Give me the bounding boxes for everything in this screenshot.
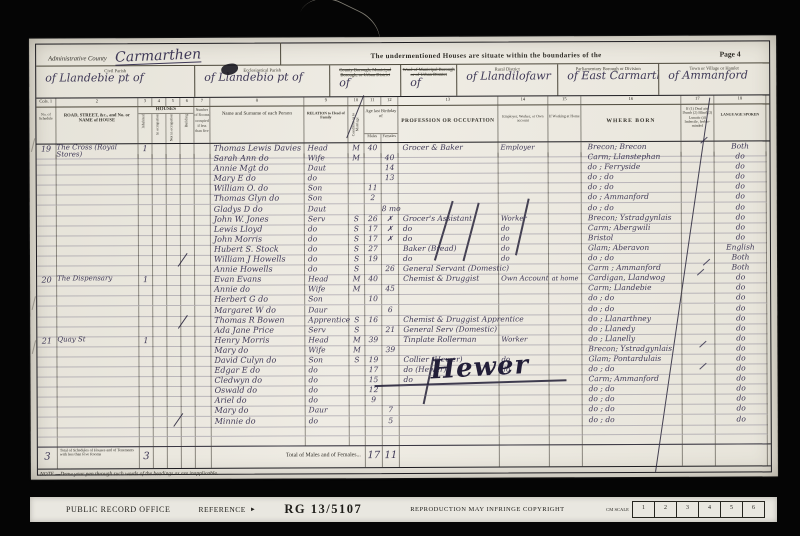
district-value: of: [330, 77, 400, 88]
column-headers-row: No. of Schedule ROAD, STREET, &c., and N…: [36, 104, 769, 144]
cell-rooms: [196, 437, 212, 447]
copyright-label: REPRODUCTION MAY INFRINGE COPYRIGHT: [410, 506, 564, 513]
column-number: Cols. 1: [36, 99, 56, 107]
census-form-border: Administrative County Carmarthen The und…: [35, 40, 772, 475]
scale-boxes: 123456: [632, 501, 765, 518]
column-number: 18: [714, 95, 766, 103]
cell-lang: [716, 424, 768, 434]
admin-county-value: Carmarthen: [115, 47, 202, 65]
district-value: of Llandebio pt of: [195, 72, 329, 84]
cell-name: [212, 436, 306, 447]
cell-bld: [182, 427, 196, 437]
reference-arrow-icon: ►: [250, 507, 256, 513]
column-header-employer: Employer, Worker, or Own account: [498, 105, 548, 141]
column-number: 5: [166, 98, 180, 106]
scan-background: Administrative County Carmarthen The und…: [0, 0, 800, 536]
cell-born: [583, 424, 683, 435]
scale-box: 5: [721, 502, 743, 517]
cell-cond: [350, 436, 366, 446]
cm-scale: CM SCALE 123456: [605, 501, 765, 518]
cell-age_f: [383, 436, 400, 446]
situate-line: The undermentioned Houses are situate wi…: [281, 51, 691, 65]
column-number: 8: [210, 97, 304, 105]
hewer-annotation: Hewer: [430, 350, 530, 386]
footer-strip: PUBLIC RECORD OFFICE REFERENCE ► RG 13/5…: [30, 497, 777, 522]
cell-home: [550, 425, 583, 435]
district-cell: Parliamentary Borough or Divisionof East…: [558, 64, 659, 95]
column-header-males: Males: [364, 134, 381, 142]
cell-bld: [182, 437, 196, 447]
scale-box: 6: [743, 502, 765, 517]
scale-box: 2: [655, 502, 677, 517]
scale-box: 4: [699, 502, 721, 517]
cell-u1: [154, 427, 168, 437]
reference-label-text: REFERENCE: [198, 505, 245, 514]
rows-body: 19The Cross (Royal Stores)1Thomas Lewis …: [37, 141, 771, 447]
column-number: 7: [194, 98, 210, 106]
totals-row: 3 Total of Schedules of Houses and of Te…: [38, 443, 771, 469]
cell-u2: [168, 427, 182, 437]
column-header-inhabited: Inhabited: [138, 114, 152, 143]
district-value: of Llandilofawr: [457, 71, 557, 82]
scale-box: 3: [677, 502, 699, 517]
cell-sched: [38, 437, 58, 447]
reference-value: RG 13/5107: [284, 502, 362, 517]
district-cell: County Borough, Municipal Borough, or Ur…: [330, 65, 401, 96]
district-value: of Ammanford: [659, 70, 769, 81]
column-number: 13: [398, 97, 498, 105]
district-cell: Town or Village or Hamletof Ammanford: [659, 63, 769, 94]
cell-rooms: [196, 426, 212, 436]
cell-born: [583, 435, 683, 446]
page-number: Page 4: [691, 49, 769, 62]
column-header-rooms: Number of Rooms occupied if less than fi…: [194, 107, 210, 143]
office-label: PUBLIC RECORD OFFICE: [66, 505, 170, 514]
cell-occ: [400, 435, 500, 446]
cell-emp: [500, 435, 550, 445]
totals-schedules-value: 3: [38, 447, 58, 468]
district-boxes: Civil Parishof Llandebie pt ofEcclesiast…: [36, 63, 769, 98]
cell-home: [550, 435, 583, 445]
district-cell: Civil Parishof Llandebie pt of: [36, 66, 195, 98]
column-number: 14: [498, 96, 548, 104]
column-number: 9: [304, 97, 348, 105]
totals-houses-value: 3: [140, 447, 154, 468]
column-number: 3: [138, 98, 152, 106]
cell-cond: [350, 426, 366, 436]
cell-age_m: [366, 426, 383, 436]
cell-emp: [500, 425, 550, 435]
column-header-not-in-occupation: Not in occupation: [166, 114, 180, 143]
scale-label: CM SCALE: [605, 507, 629, 512]
column-header-houses: HOUSES Inhabited In occupation Not in oc…: [138, 107, 194, 143]
cell-u2: [168, 437, 182, 447]
column-header-road: ROAD, STREET, &c., and No. or NAME of HO…: [56, 107, 138, 143]
district-value: of East Carmarthen: [558, 70, 658, 81]
cell-name: [212, 426, 306, 437]
column-number: 11: [364, 97, 381, 105]
cell-sched: [38, 427, 58, 437]
district-cell: Rural Districtof Llandilofawr: [457, 64, 558, 95]
totals-females-value: 11: [383, 446, 400, 467]
district-value: of Llandebie pt of: [36, 72, 194, 84]
column-number: 6: [180, 98, 194, 106]
district-value: of: [401, 76, 456, 87]
form-header: Administrative County Carmarthen The und…: [36, 41, 769, 66]
column-number: 15: [548, 96, 581, 104]
totals-males-value: 17: [366, 446, 383, 467]
admin-county-box: Administrative County Carmarthen: [36, 43, 281, 66]
column-header-where-born: WHERE BORN: [581, 105, 681, 141]
column-header-relation: RELATION to Head of Family: [304, 106, 348, 142]
cell-address: [58, 427, 140, 437]
totals-males-females-label: Total of Males and of Females...: [212, 446, 366, 468]
admin-county-label: Administrative County: [48, 55, 107, 64]
column-header-infirmity: If (1) Deaf and Dumb (2) Blind (3) Lunat…: [681, 105, 714, 141]
column-header-age: Age last Birthday of Males Females: [364, 106, 398, 142]
district-cell: Ward of Municipal Borough or of Urban Di…: [401, 65, 457, 96]
column-header-profession: PROFESSION OR OCCUPATION: [398, 106, 498, 142]
column-header-language: LANGUAGE SPOKEN: [714, 104, 766, 140]
cell-address: [58, 437, 140, 447]
census-sheet: Administrative County Carmarthen The und…: [29, 35, 778, 479]
cell-u1: [154, 437, 168, 447]
column-header-name: Name and Surname of each Person: [210, 106, 304, 142]
column-header-females: Females: [381, 134, 398, 142]
cell-age_f: [383, 426, 400, 436]
column-header-building: Building: [180, 114, 195, 143]
cell-relation: [306, 436, 350, 446]
cell-inh: [140, 437, 154, 447]
cell-occ: [400, 425, 500, 436]
cell-infirm: [683, 424, 716, 434]
cell-lang: [716, 434, 768, 444]
reference-label: REFERENCE ►: [198, 505, 256, 514]
cell-infirm: [683, 434, 716, 444]
cell-inh: [140, 427, 154, 437]
column-header-at-home: If Working at Home: [548, 105, 581, 141]
cell-relation: [306, 426, 350, 436]
cell-age_m: [366, 436, 383, 446]
scale-box: 1: [633, 502, 655, 517]
column-number: 2: [56, 98, 138, 106]
column-header-in-occupation: In occupation: [152, 114, 166, 143]
column-header-schedule: No. of Schedule: [36, 108, 56, 144]
column-number: 16: [581, 96, 681, 104]
column-number: 4: [152, 98, 166, 106]
district-cell: Ecclesiastical Parishof Llandebio pt of: [195, 65, 330, 97]
totals-houses-label: Total of Schedules of Houses and of Tene…: [58, 447, 140, 468]
column-number: 12: [381, 97, 398, 105]
